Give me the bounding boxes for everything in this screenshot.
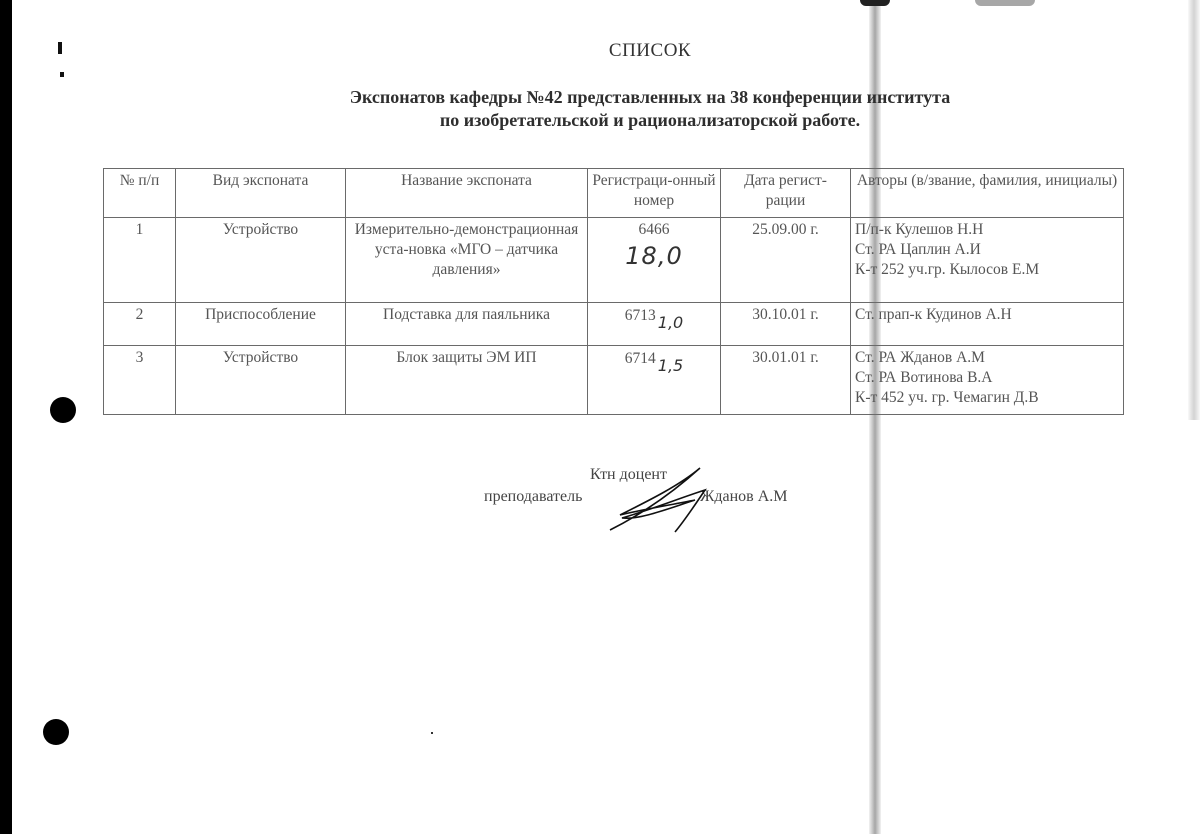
cell-num: 3 bbox=[104, 346, 176, 415]
cell-num: 1 bbox=[104, 218, 176, 303]
scan-blot bbox=[975, 0, 1035, 6]
punch-mark bbox=[60, 72, 64, 77]
cell-reg-number: 6466 18,0 bbox=[588, 218, 721, 303]
cell-type: Устройство bbox=[176, 218, 346, 303]
punch-hole-icon bbox=[43, 719, 69, 745]
header-type: Вид экспоната bbox=[176, 169, 346, 218]
subtitle-line-1: Экспонатов кафедры №42 представленных на… bbox=[310, 86, 990, 109]
punch-hole-icon bbox=[50, 397, 76, 423]
header-date: Дата регист-рации bbox=[721, 169, 851, 218]
table-row: 1 Устройство Измерительно-демонстрационн… bbox=[104, 218, 1124, 303]
header-name: Название экспоната bbox=[346, 169, 588, 218]
author: Ст. прап-к Кудинов А.Н bbox=[855, 305, 1119, 325]
author: П/п-к Кулешов Н.Н bbox=[855, 220, 1119, 240]
reg-number: 6713 bbox=[625, 307, 656, 324]
cell-authors: Ст. прап-к Кудинов А.Н bbox=[851, 303, 1124, 346]
handwritten-note: 1,5 bbox=[658, 356, 683, 375]
author: К-т 252 уч.гр. Кылосов Е.М bbox=[855, 260, 1119, 280]
paper-fold bbox=[1188, 0, 1200, 420]
reg-number: 6714 bbox=[625, 350, 656, 367]
scan-blot bbox=[860, 0, 890, 6]
subtitle-line-2: по изобретательской и рационализаторской… bbox=[310, 109, 990, 132]
table-header-row: № п/п Вид экспоната Название экспоната Р… bbox=[104, 169, 1124, 218]
author: Ст. РА Цаплин А.И bbox=[855, 240, 1119, 260]
cell-name: Блок защиты ЭМ ИП bbox=[346, 346, 588, 415]
document-title: СПИСОК bbox=[0, 40, 1200, 62]
header-num: № п/п bbox=[104, 169, 176, 218]
table-row: 2 Приспособление Подставка для паяльника… bbox=[104, 303, 1124, 346]
cell-type: Приспособление bbox=[176, 303, 346, 346]
signatory-role: преподаватель bbox=[484, 488, 582, 506]
cell-authors: Ст. РА Жданов А.М Ст. РА Вотинова В.А К-… bbox=[851, 346, 1124, 415]
scan-left-edge bbox=[0, 0, 12, 834]
header-authors: Авторы (в/звание, фамилия, инициалы) bbox=[851, 169, 1124, 218]
table-row: 3 Устройство Блок защиты ЭМ ИП 67141,5 3… bbox=[104, 346, 1124, 415]
cell-date: 30.10.01 г. bbox=[721, 303, 851, 346]
cell-num: 2 bbox=[104, 303, 176, 346]
exhibits-table: № п/п Вид экспоната Название экспоната Р… bbox=[103, 168, 1124, 415]
header-reg-number: Регистраци-онный номер bbox=[588, 169, 721, 218]
cell-authors: П/п-к Кулешов Н.Н Ст. РА Цаплин А.И К-т … bbox=[851, 218, 1124, 303]
cell-name: Подставка для паяльника bbox=[346, 303, 588, 346]
signature-icon bbox=[600, 460, 720, 540]
cell-reg-number: 67131,0 bbox=[588, 303, 721, 346]
author: Ст. РА Жданов А.М bbox=[855, 348, 1119, 368]
cell-type: Устройство bbox=[176, 346, 346, 415]
handwritten-note: 1,0 bbox=[658, 313, 683, 332]
cell-date: 25.09.00 г. bbox=[721, 218, 851, 303]
handwritten-note: 18,0 bbox=[592, 246, 716, 266]
scan-speck bbox=[431, 732, 433, 734]
reg-number: 6466 bbox=[639, 221, 670, 238]
cell-name: Измерительно-демонстрационная уста-новка… bbox=[346, 218, 588, 303]
document-subtitle: Экспонатов кафедры №42 представленных на… bbox=[310, 86, 990, 132]
author: Ст. РА Вотинова В.А bbox=[855, 368, 1119, 388]
cell-date: 30.01.01 г. bbox=[721, 346, 851, 415]
cell-reg-number: 67141,5 bbox=[588, 346, 721, 415]
author: К-т 452 уч. гр. Чемагин Д.В bbox=[855, 388, 1119, 408]
